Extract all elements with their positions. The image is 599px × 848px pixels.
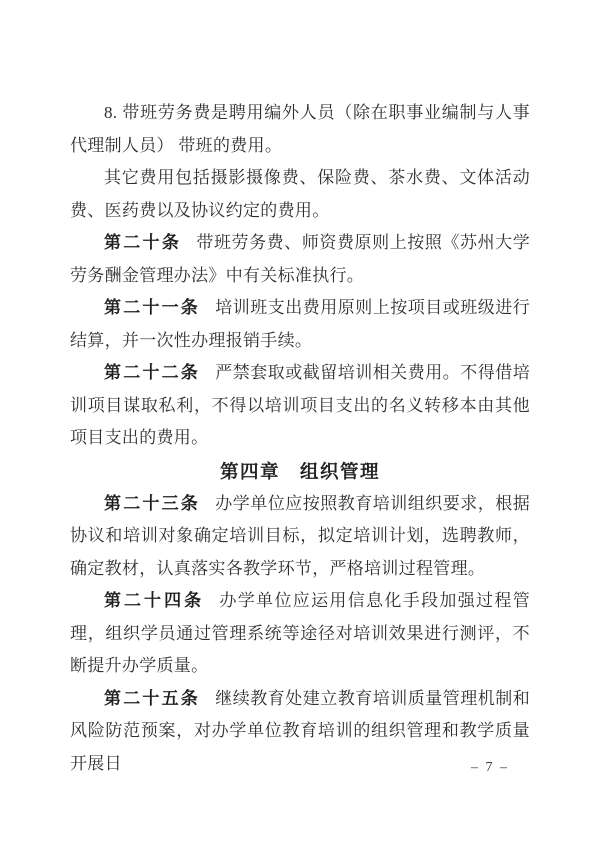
article-24-number: 第二十四条 [104, 591, 204, 610]
paragraph-item-8: 8. 带班劳务费是聘用编外人员（除在职事业编制与人事代理制人员） 带班的费用。 [70, 97, 530, 162]
paragraph-text: 8. 带班劳务费是聘用编外人员（除在职事业编制与人事代理制人员） 带班的费用。 [70, 103, 530, 155]
paragraph-text: 其它费用包括摄影摄像费、保险费、茶水费、文体活动费、医药费以及协议约定的费用。 [70, 168, 530, 220]
document-page: 8. 带班劳务费是聘用编外人员（除在职事业编制与人事代理制人员） 带班的费用。 … [0, 0, 599, 848]
chapter-heading: 第四章 组织管理 [70, 455, 530, 488]
article-20-number: 第二十条 [104, 233, 181, 252]
article-21-paragraph: 第二十一条培训班支出费用原则上按项目或班级进行结算，并一次性办理报销手续。 [70, 292, 530, 357]
article-21-number: 第二十一条 [104, 298, 200, 317]
article-24-paragraph: 第二十四条办学单位应运用信息化手段加强过程管理，组织学员通过管理系统等途径对培训… [70, 585, 530, 683]
article-20-paragraph: 第二十条带班劳务费、师资费原则上按照《苏州大学劳务酬金管理办法》中有关标准执行。 [70, 227, 530, 292]
article-22-paragraph: 第二十二条严禁套取或截留培训相关费用。不得借培训项目谋取私利，不得以培训项目支出… [70, 357, 530, 455]
paragraph-other-fees: 其它费用包括摄影摄像费、保险费、茶水费、文体活动费、医药费以及协议约定的费用。 [70, 162, 530, 227]
article-25-number: 第二十五条 [104, 689, 200, 708]
article-22-number: 第二十二条 [104, 363, 200, 382]
article-23-number: 第二十三条 [104, 494, 200, 513]
document-body: 8. 带班劳务费是聘用编外人员（除在职事业编制与人事代理制人员） 带班的费用。 … [70, 97, 530, 780]
article-23-paragraph: 第二十三条办学单位应按照教育培训组织要求，根据协议和培训对象确定培训目标，拟定培… [70, 488, 530, 586]
page-number: – 7 – [455, 760, 525, 776]
